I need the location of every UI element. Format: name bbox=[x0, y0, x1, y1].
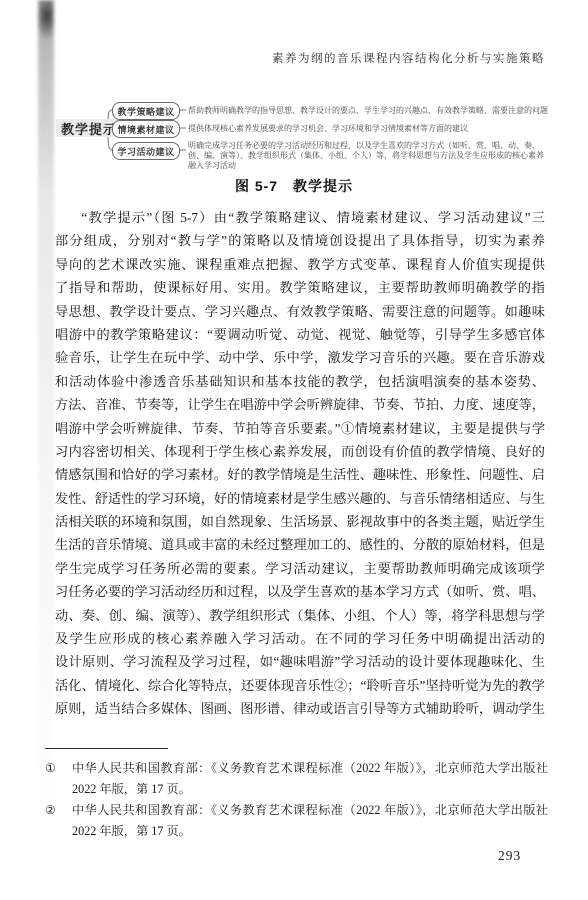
body-line: 动、奏、创、编、演等）、教学组织形式（集体、小组、个人）等，将学科思想与学习方法 bbox=[55, 604, 545, 627]
footnotes: ① 中华人民共和国教育部：《义务教育艺术课程标准（2022 年版）》，北京师范大… bbox=[45, 758, 548, 842]
body-line: 唱游中的教学策略建议：“要调动听觉、动觉、视觉、触觉等，引导学生多感官体 bbox=[55, 323, 545, 346]
diagram-branch-desc-context: 提供体现核心素养发展要求的学习机会、学习环境和学习情境素材等方面的建议 bbox=[188, 124, 550, 134]
body-line: 和活动体验中渗透音乐基础知识和基本技能的教学，包括演唱演奏的基本姿势、 bbox=[55, 370, 545, 393]
body-line: 生活的音乐情境、道具或丰富的未经过整理加工的、感性的、分散的原始材料，但是 bbox=[55, 533, 545, 556]
body-line: 情感氛围和恰好的学习素材。好的教学情境是生活性、趣味性、形象性、问题性、启 bbox=[55, 463, 545, 486]
body-line: 验音乐，让学生在玩中学、动中学、乐中学，激发学习音乐的兴趣。要在音乐游戏 bbox=[55, 346, 545, 369]
body-line: 学生完成学习任务所必需的要素。学习活动建议，主要帮助教师明确完成该项学 bbox=[55, 557, 545, 580]
teaching-tips-diagram: 教学提示 教学策略建议 情境素材建议 学习活动建议 帮助教师明确教学的指导思想、… bbox=[52, 88, 552, 173]
footnote-marker: ② bbox=[45, 800, 72, 842]
footnote-item: ① 中华人民共和国教育部：《义务教育艺术课程标准（2022 年版）》，北京师范大… bbox=[45, 758, 548, 800]
page-number: 293 bbox=[498, 848, 521, 864]
footnote-separator bbox=[45, 748, 168, 749]
body-line: 设计原则、学习流程及学习过程，如“趣味唱游”学习活动的设计要体现趣味化、生 bbox=[55, 650, 545, 673]
diagram-branch-box-strategy: 教学策略建议 bbox=[112, 102, 180, 120]
running-head: 素养为纲的音乐课程内容结构化分析与实施策略 bbox=[272, 50, 545, 66]
body-line: 原则，适当结合多媒体、图画、图形谱、律动或语言引导等方式辅助聆听，调动学生 bbox=[55, 697, 545, 720]
body-line: “教学提示”（图 5-7）由“教学策略建议、情境素材建议、学习活动建议”三 bbox=[55, 206, 545, 229]
book-page: 素养为纲的音乐课程内容结构化分析与实施策略 教学提示 教学策略建议 情境素材建议… bbox=[0, 0, 588, 900]
body-line: 方法、音准、节奏等，让学生在唱游中学会听辨旋律、节奏、节拍、力度、速度等，在 bbox=[55, 393, 545, 416]
body-line: 部分组成，分别对“教与学”的策略以及情境创设提出了具体指导，切实为素养 bbox=[55, 229, 545, 252]
footnote-item: ② 中华人民共和国教育部：《义务教育艺术课程标准（2022 年版）》，北京师范大… bbox=[45, 800, 548, 842]
body-line: 活相关联的环境和氛围，如自然现象、生活场景、影视故事中的各类主题，贴近学生 bbox=[55, 510, 545, 533]
body-line: 习任务必要的学习活动经历和过程，以及学生喜欢的基本学习方式（如听、赏、唱、 bbox=[55, 580, 545, 603]
footnote-text: 中华人民共和国教育部：《义务教育艺术课程标准（2022 年版）》，北京师范大学出… bbox=[72, 800, 548, 842]
body-line: 导思想、教学设计要点、学习兴趣点、有效教学策略、需要注意的问题等。如趣味 bbox=[55, 300, 545, 323]
body-line: 及学生应形成的核心素养融入学习活动。在不同的学习任务中明确提出活动的 bbox=[55, 627, 545, 650]
body-line: 发性、舒适性的学习环境，好的情境素材是学生感兴趣的、与音乐情绪相适应、与生 bbox=[55, 487, 545, 510]
diagram-branch-desc-activity: 明确完成学习任务必要的学习活动经历和过程，以及学生喜欢的学习方式（如听、赏、唱、… bbox=[188, 141, 550, 171]
figure-caption: 图 5-7 教学提示 bbox=[0, 176, 588, 196]
diagram-branch-desc-strategy: 帮助教师明确教学的指导思想、教学设计的要点、学生学习的兴趣点、有效教学策略、需要… bbox=[188, 106, 550, 116]
body-line: 唱游中学会听辨旋律、节奏、节拍等音乐要素。”①情境素材建议，主要是提供与学 bbox=[55, 417, 545, 440]
body-line: 活化、情境化、综合化等特点，还要体现音乐性②；“聆听音乐”坚持听觉为先的教学 bbox=[55, 674, 545, 697]
footnote-text: 中华人民共和国教育部：《义务教育艺术课程标准（2022 年版）》，北京师范大学出… bbox=[72, 758, 548, 800]
diagram-branch-box-context: 情境素材建议 bbox=[112, 120, 180, 138]
body-line: 习内容密切相关、体现利于学生核心素养发展，而创设有价值的教学情境、良好的 bbox=[55, 440, 545, 463]
body-text: “教学提示”（图 5-7）由“教学策略建议、情境素材建议、学习活动建议”三 部分… bbox=[55, 206, 545, 721]
footnote-marker: ① bbox=[45, 758, 72, 800]
body-line: 导向的艺术课改实施、课程重难点把握、教学方式变革、课程育人价值实现提供 bbox=[55, 253, 545, 276]
diagram-branch-box-activity: 学习活动建议 bbox=[112, 142, 180, 160]
body-line: 了指导和帮助，使课标好用、实用。教学策略建议，主要帮助教师明确教学的指 bbox=[55, 276, 545, 299]
